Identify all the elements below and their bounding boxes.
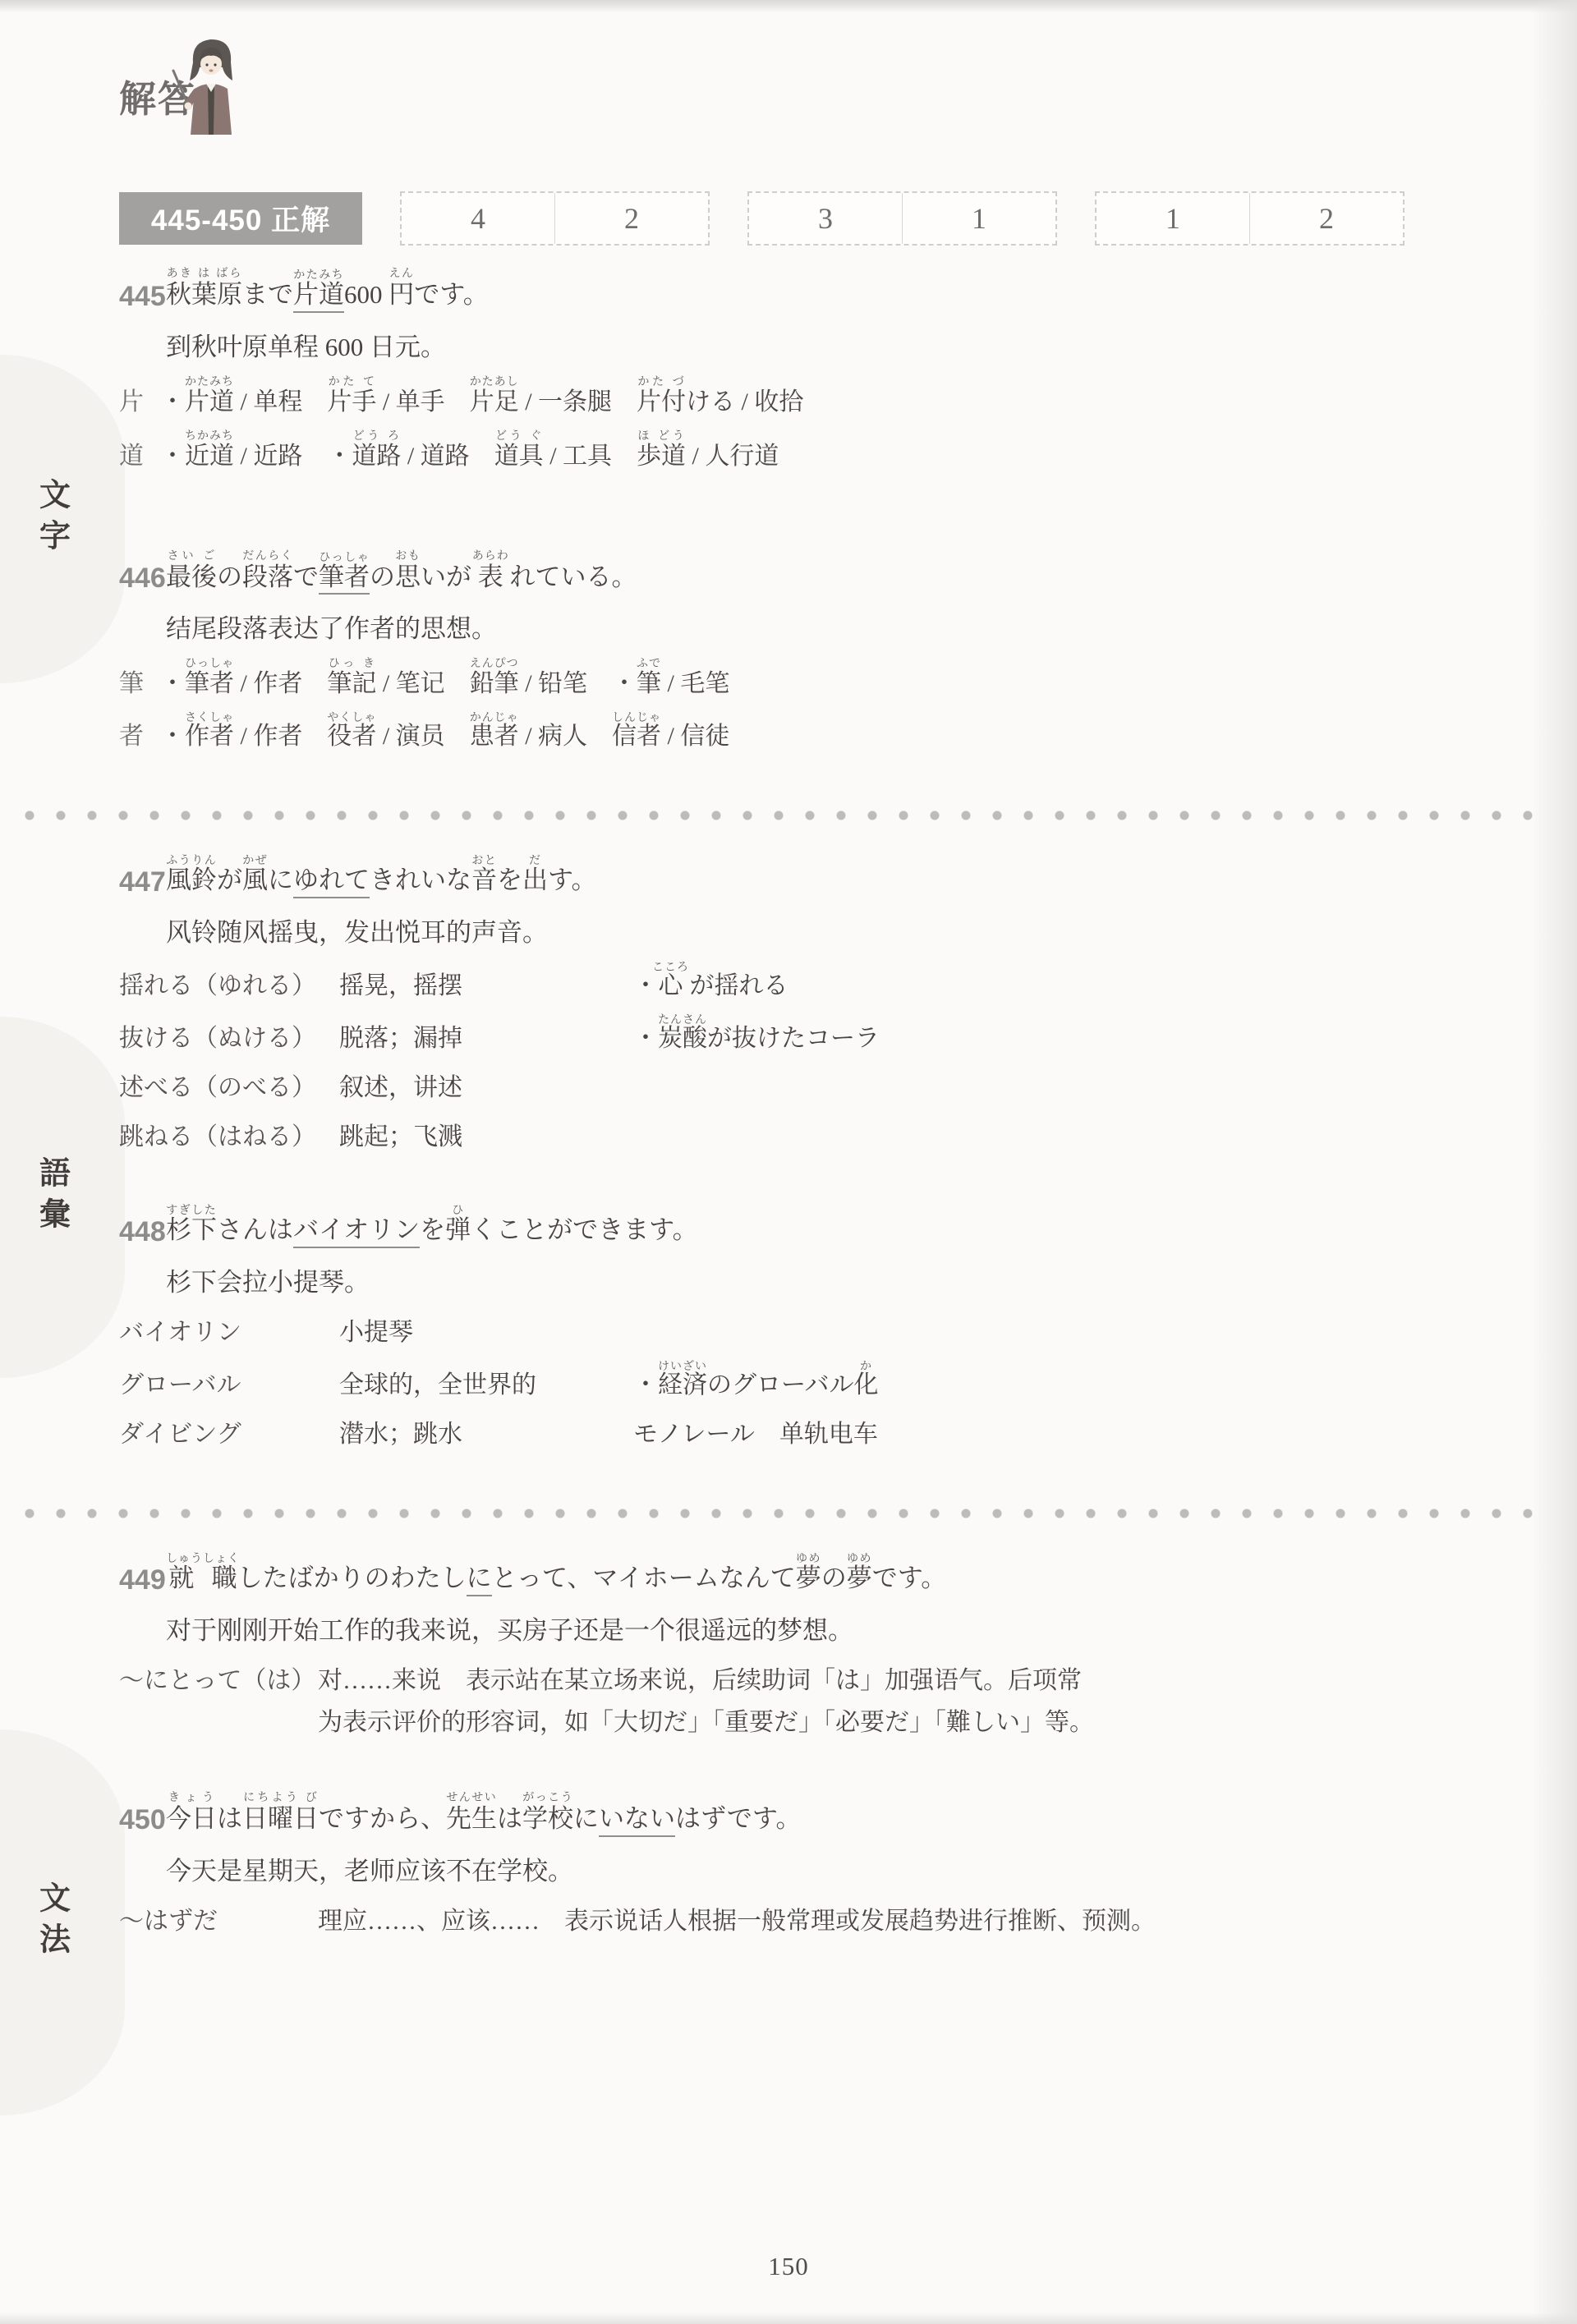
vocab-word: 揺れる（ゆれる） <box>119 965 339 1001</box>
question-sentence-row: 446 最後さい ごの段落だんらくで筆者ひっしゃの思おもいが 表あらわ れている… <box>119 550 1470 595</box>
item-number: 446 <box>119 563 166 595</box>
answer-cell: 1 <box>902 193 1055 244</box>
grammar-explanation-line: 理应……、应该…… 表示说话人根据一般常理或发展趋势进行推断、预测。 <box>318 1900 1156 1943</box>
vocab-example: ・心こころ が揺れる <box>633 962 788 1001</box>
chinese-translation: 风铃随风摇曳，发出悦耳的声音。 <box>119 912 1470 948</box>
page-number: 150 <box>0 2252 1577 2281</box>
chinese-translation: 结尾段落表达了作者的思想。 <box>119 608 1470 645</box>
question-sentence-row: 445 秋葉原あき は ばらまで片道かたみち600 円えんです。 <box>119 268 1470 313</box>
answer-item: 449 就 職しゅうしょくしたばかりのわたしにとって、マイホームなんて夢ゆめの夢… <box>119 1553 1470 1744</box>
vocab-word: 抜ける（ぬける） <box>119 1017 339 1054</box>
answer-item: 445 秋葉原あき は ばらまで片道かたみち600 円えんです。 到秋叶原单程 … <box>119 268 1470 471</box>
vocab-example: ・経済けいざいのグローバル化か <box>633 1361 879 1400</box>
answer-box-group: 3 1 <box>747 191 1057 246</box>
answers-list: 445 秋葉原あき は ばらまで片道かたみち600 円えんです。 到秋叶原单程 … <box>119 268 1470 1942</box>
kanji-headword: 道 <box>119 435 160 471</box>
vocab-row: 揺れる（ゆれる）摇晃，摇摆・心こころ が揺れる <box>119 962 1470 1001</box>
question-sentence-row: 450 今日きょうは日曜日にちよう びですから、先生せんせいは学校がっこうにいな… <box>119 1792 1470 1837</box>
answer-range-label: 445-450 正解 <box>119 192 362 245</box>
chinese-translation: 到秋叶原单程 600 日元。 <box>119 326 1470 363</box>
kanji-headword: 者 <box>119 715 160 751</box>
explanation-lines: バイオリン小提琴グローバル全球的，全世界的・経済けいざいのグローバル化かダイビン… <box>119 1311 1470 1449</box>
grammar-note-row: ～にとって（は）对……来说 表示站在某立场来说，后续助词「は」加强语气。后项常为… <box>119 1660 1470 1744</box>
vocab-meaning: 小提琴 <box>339 1311 633 1348</box>
kanji-examples: ・片道かたみち / 单程 片手かた て / 单手 片足かたあし / 一条腿 片付… <box>160 376 1470 417</box>
answer-item: 448 杉下すぎしたさんはバイオリンを弾ひくことができます。 杉下会拉小提琴。 … <box>119 1205 1470 1449</box>
item-number: 450 <box>119 1804 166 1836</box>
grammar-note-row: ～はずだ理应……、应该…… 表示说话人根据一般常理或发展趋势进行推断、预测。 <box>119 1900 1470 1943</box>
dotted-section-separator <box>25 1509 1554 1518</box>
vocab-row: 跳ねる（はねる）跳起；飞溅 <box>119 1116 1470 1152</box>
vocab-example: モノレール 单轨电车 <box>633 1413 878 1449</box>
kanji-usage-row: 片・片道かたみち / 单程 片手かた て / 单手 片足かたあし / 一条腿 片… <box>119 376 1470 417</box>
kanji-headword: 筆 <box>119 663 160 699</box>
kanji-examples: ・筆者ひっしゃ / 作者 筆記ひっ き / 笔记 鉛筆えんぴつ / 铅笔 ・筆ふ… <box>160 658 1470 699</box>
vocab-row: 抜ける（ぬける）脱落；漏掉・炭酸たんさんが抜けたコーラ <box>119 1014 1470 1054</box>
chinese-translation: 杉下会拉小提琴。 <box>119 1261 1470 1298</box>
vocab-meaning: 脱落；漏掉 <box>339 1017 633 1054</box>
answer-cell: 2 <box>1249 193 1403 244</box>
kanji-usage-row: 者・作者さくしゃ / 作者 役者やくしゃ / 演员 患者かんじゃ / 病人 信者… <box>119 712 1470 751</box>
item-number: 447 <box>119 866 166 898</box>
answer-item: 447 風鈴ふうりんが風かぜにゆれてきれいな音おとを出だす。 风铃随风摇曳，发出… <box>119 855 1470 1152</box>
vocab-row: ダイビング潜水；跳水モノレール 单轨电车 <box>119 1413 1470 1449</box>
scanned-textbook-page: 解答 <box>0 0 1577 2324</box>
kanji-examples: ・作者さくしゃ / 作者 役者やくしゃ / 演员 患者かんじゃ / 病人 信者し… <box>160 712 1470 751</box>
chinese-translation: 对于刚刚开始工作的我来说，买房子还是一个很遥远的梦想。 <box>119 1610 1470 1647</box>
explanation-lines: 筆・筆者ひっしゃ / 作者 筆記ひっ き / 笔记 鉛筆えんぴつ / 铅笔 ・筆… <box>119 658 1470 751</box>
answer-section-header: 解答 <box>119 46 1470 169</box>
vocab-meaning: 潜水；跳水 <box>339 1413 633 1449</box>
vocab-word: ダイビング <box>119 1413 339 1449</box>
kanji-usage-row: 筆・筆者ひっしゃ / 作者 筆記ひっ き / 笔记 鉛筆えんぴつ / 铅笔 ・筆… <box>119 658 1470 699</box>
japanese-sentence: 最後さい ごの段落だんらくで筆者ひっしゃの思おもいが 表あらわ れている。 <box>166 550 1470 595</box>
underlined-answer-word: ゆれて <box>293 866 370 898</box>
vocab-meaning: 跳起；飞溅 <box>339 1116 633 1152</box>
answer-cell: 3 <box>749 193 902 244</box>
grammar-explanation-line: 对……来说 表示站在某立场来说，后续助词「は」加强语气。后项常 <box>318 1660 1094 1702</box>
vocab-meaning: 叙述，讲述 <box>339 1067 633 1103</box>
answer-cell: 4 <box>402 193 554 244</box>
underlined-answer-word: 筆者ひっしゃ <box>319 552 370 595</box>
grammar-pattern: ～はずだ <box>119 1900 318 1936</box>
grammar-pattern: ～にとって（は） <box>119 1660 318 1696</box>
underlined-answer-word: バイオリン <box>293 1216 420 1248</box>
vocab-row: 述べる（のべる）叙述，讲述 <box>119 1067 1470 1103</box>
grammar-explanation: 对……来说 表示站在某立场来说，后续助词「は」加强语气。后项常为表示评价的形容词… <box>318 1660 1094 1744</box>
japanese-sentence: 今日きょうは日曜日にちよう びですから、先生せんせいは学校がっこうにいないはずで… <box>166 1792 1470 1837</box>
underlined-answer-word: に <box>467 1564 492 1596</box>
japanese-sentence: 風鈴ふうりんが風かぜにゆれてきれいな音おとを出だす。 <box>166 855 1470 898</box>
question-sentence-row: 447 風鈴ふうりんが風かぜにゆれてきれいな音おとを出だす。 <box>119 855 1470 898</box>
vocab-row: グローバル全球的，全世界的・経済けいざいのグローバル化か <box>119 1361 1470 1400</box>
chinese-translation: 今天是星期天，老师应该不在学校。 <box>119 1850 1470 1887</box>
vocab-meaning: 全球的，全世界的 <box>339 1364 633 1400</box>
vocab-meaning: 摇晃，摇摆 <box>339 965 633 1001</box>
underlined-answer-word: いない <box>599 1805 675 1837</box>
vocab-row: バイオリン小提琴 <box>119 1311 1470 1348</box>
underlined-answer-word: 片道かたみち <box>293 269 344 313</box>
grammar-explanation-line: 为表示评价的形容词，如「大切だ」「重要だ」「必要だ」「難しい」等。 <box>318 1702 1094 1744</box>
vocab-word: グローバル <box>119 1364 339 1400</box>
vocab-word: バイオリン <box>119 1311 339 1348</box>
answer-key-bar: 445-450 正解 4 2 3 1 1 2 <box>119 191 1470 246</box>
vocab-example: ・炭酸たんさんが抜けたコーラ <box>633 1014 880 1054</box>
kanji-examples: ・近道ちかみち / 近路 ・道路どう ろ / 道路 道具どう ぐ / 工具 歩道… <box>160 430 1470 471</box>
item-number: 445 <box>119 281 166 313</box>
vocab-word: 述べる（のべる） <box>119 1067 339 1103</box>
explanation-lines: 揺れる（ゆれる）摇晃，摇摆・心こころ が揺れる抜ける（ぬける）脱落；漏掉・炭酸た… <box>119 962 1470 1152</box>
japanese-sentence: 秋葉原あき は ばらまで片道かたみち600 円えんです。 <box>166 268 1470 313</box>
explanation-lines: ～はずだ理应……、应该…… 表示说话人根据一般常理或发展趋势进行推断、预测。 <box>119 1900 1470 1943</box>
japanese-sentence: 就 職しゅうしょくしたばかりのわたしにとって、マイホームなんて夢ゆめの夢ゆめです… <box>166 1553 1470 1596</box>
answer-item: 446 最後さい ごの段落だんらくで筆者ひっしゃの思おもいが 表あらわ れている… <box>119 550 1470 752</box>
teacher-girl-illustration <box>170 34 252 140</box>
answer-cell: 2 <box>554 193 708 244</box>
explanation-lines: ～にとって（は）对……来说 表示站在某立场来说，后续助词「は」加强语气。后项常为… <box>119 1660 1470 1744</box>
japanese-sentence: 杉下すぎしたさんはバイオリンを弾ひくことができます。 <box>166 1205 1470 1248</box>
scan-edge-shadow <box>0 2313 1577 2324</box>
item-number: 449 <box>119 1564 166 1596</box>
grammar-explanation: 理应……、应该…… 表示说话人根据一般常理或发展趋势进行推断、预测。 <box>318 1900 1156 1943</box>
answer-box-group: 4 2 <box>400 191 710 246</box>
answer-box-group: 1 2 <box>1095 191 1405 246</box>
answer-item: 450 今日きょうは日曜日にちよう びですから、先生せんせいは学校がっこうにいな… <box>119 1792 1470 1942</box>
dotted-section-separator <box>25 811 1554 820</box>
kanji-headword: 片 <box>119 381 160 417</box>
vocab-word: 跳ねる（はねる） <box>119 1116 339 1152</box>
kanji-usage-row: 道・近道ちかみち / 近路 ・道路どう ろ / 道路 道具どう ぐ / 工具 歩… <box>119 430 1470 471</box>
explanation-lines: 片・片道かたみち / 单程 片手かた て / 单手 片足かたあし / 一条腿 片… <box>119 376 1470 471</box>
question-sentence-row: 449 就 職しゅうしょくしたばかりのわたしにとって、マイホームなんて夢ゆめの夢… <box>119 1553 1470 1596</box>
question-sentence-row: 448 杉下すぎしたさんはバイオリンを弾ひくことができます。 <box>119 1205 1470 1248</box>
answer-cell: 1 <box>1097 193 1249 244</box>
item-number: 448 <box>119 1216 166 1248</box>
